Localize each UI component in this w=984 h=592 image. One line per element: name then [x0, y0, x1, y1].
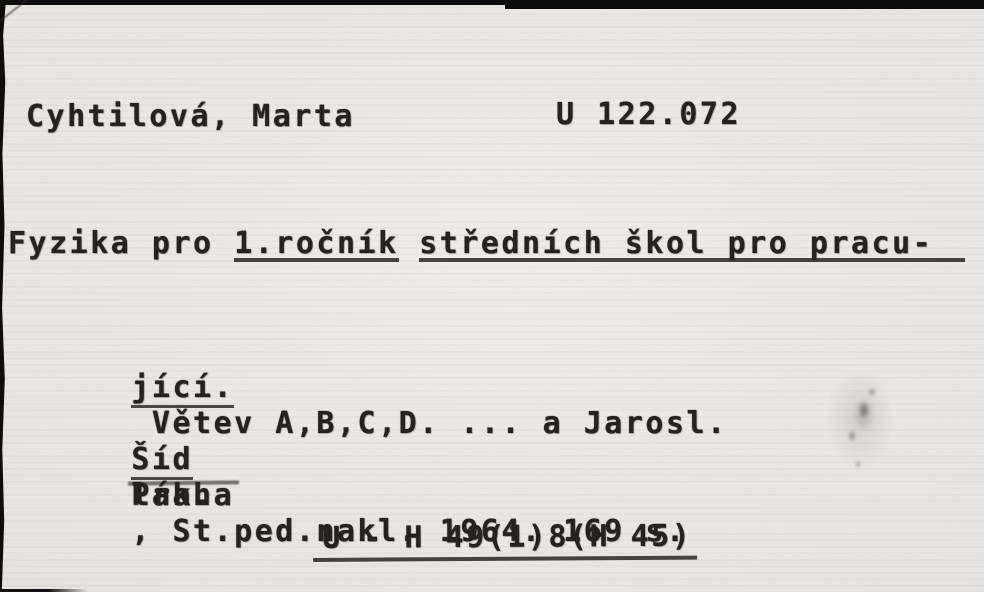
title-line-2: jící. Větev A,B,C,D. ... a Jarosl. Šíd l…: [8, 334, 965, 370]
scan-edge-top-right: [505, 0, 984, 9]
title-text: Fyzika pro: [8, 226, 234, 262]
underlined-surname-part: Šíd: [131, 442, 193, 480]
edition-statement: Větev A,B,C,D. ... a Jarosl.: [131, 406, 727, 441]
underlined-title-tail: středních škol pro pracu-: [419, 226, 965, 262]
shelf-mark: U - H 49(1)8(H 45): [313, 519, 697, 562]
scan-edge-top: [0, 0, 516, 5]
scan-edge-left: [0, 0, 6, 592]
underlined-hyphenated-word: jící.: [131, 370, 234, 408]
title-line-1: Fyzika pro 1.ročník středních škol pro p…: [8, 226, 965, 262]
place-of-publication: Praha: [131, 478, 234, 513]
call-number: U 122.072: [556, 97, 741, 133]
shelf-mark-line: U - H 49(1)8(H 45): [240, 483, 698, 592]
author-heading: Cyhtilová, Marta: [26, 99, 355, 135]
title-gap: [399, 226, 420, 262]
underlined-grade: 1.ročník: [234, 226, 399, 262]
scanned-catalog-card: Cyhtilová, Marta U 122.072 Fyzika pro 1.…: [0, 0, 984, 592]
